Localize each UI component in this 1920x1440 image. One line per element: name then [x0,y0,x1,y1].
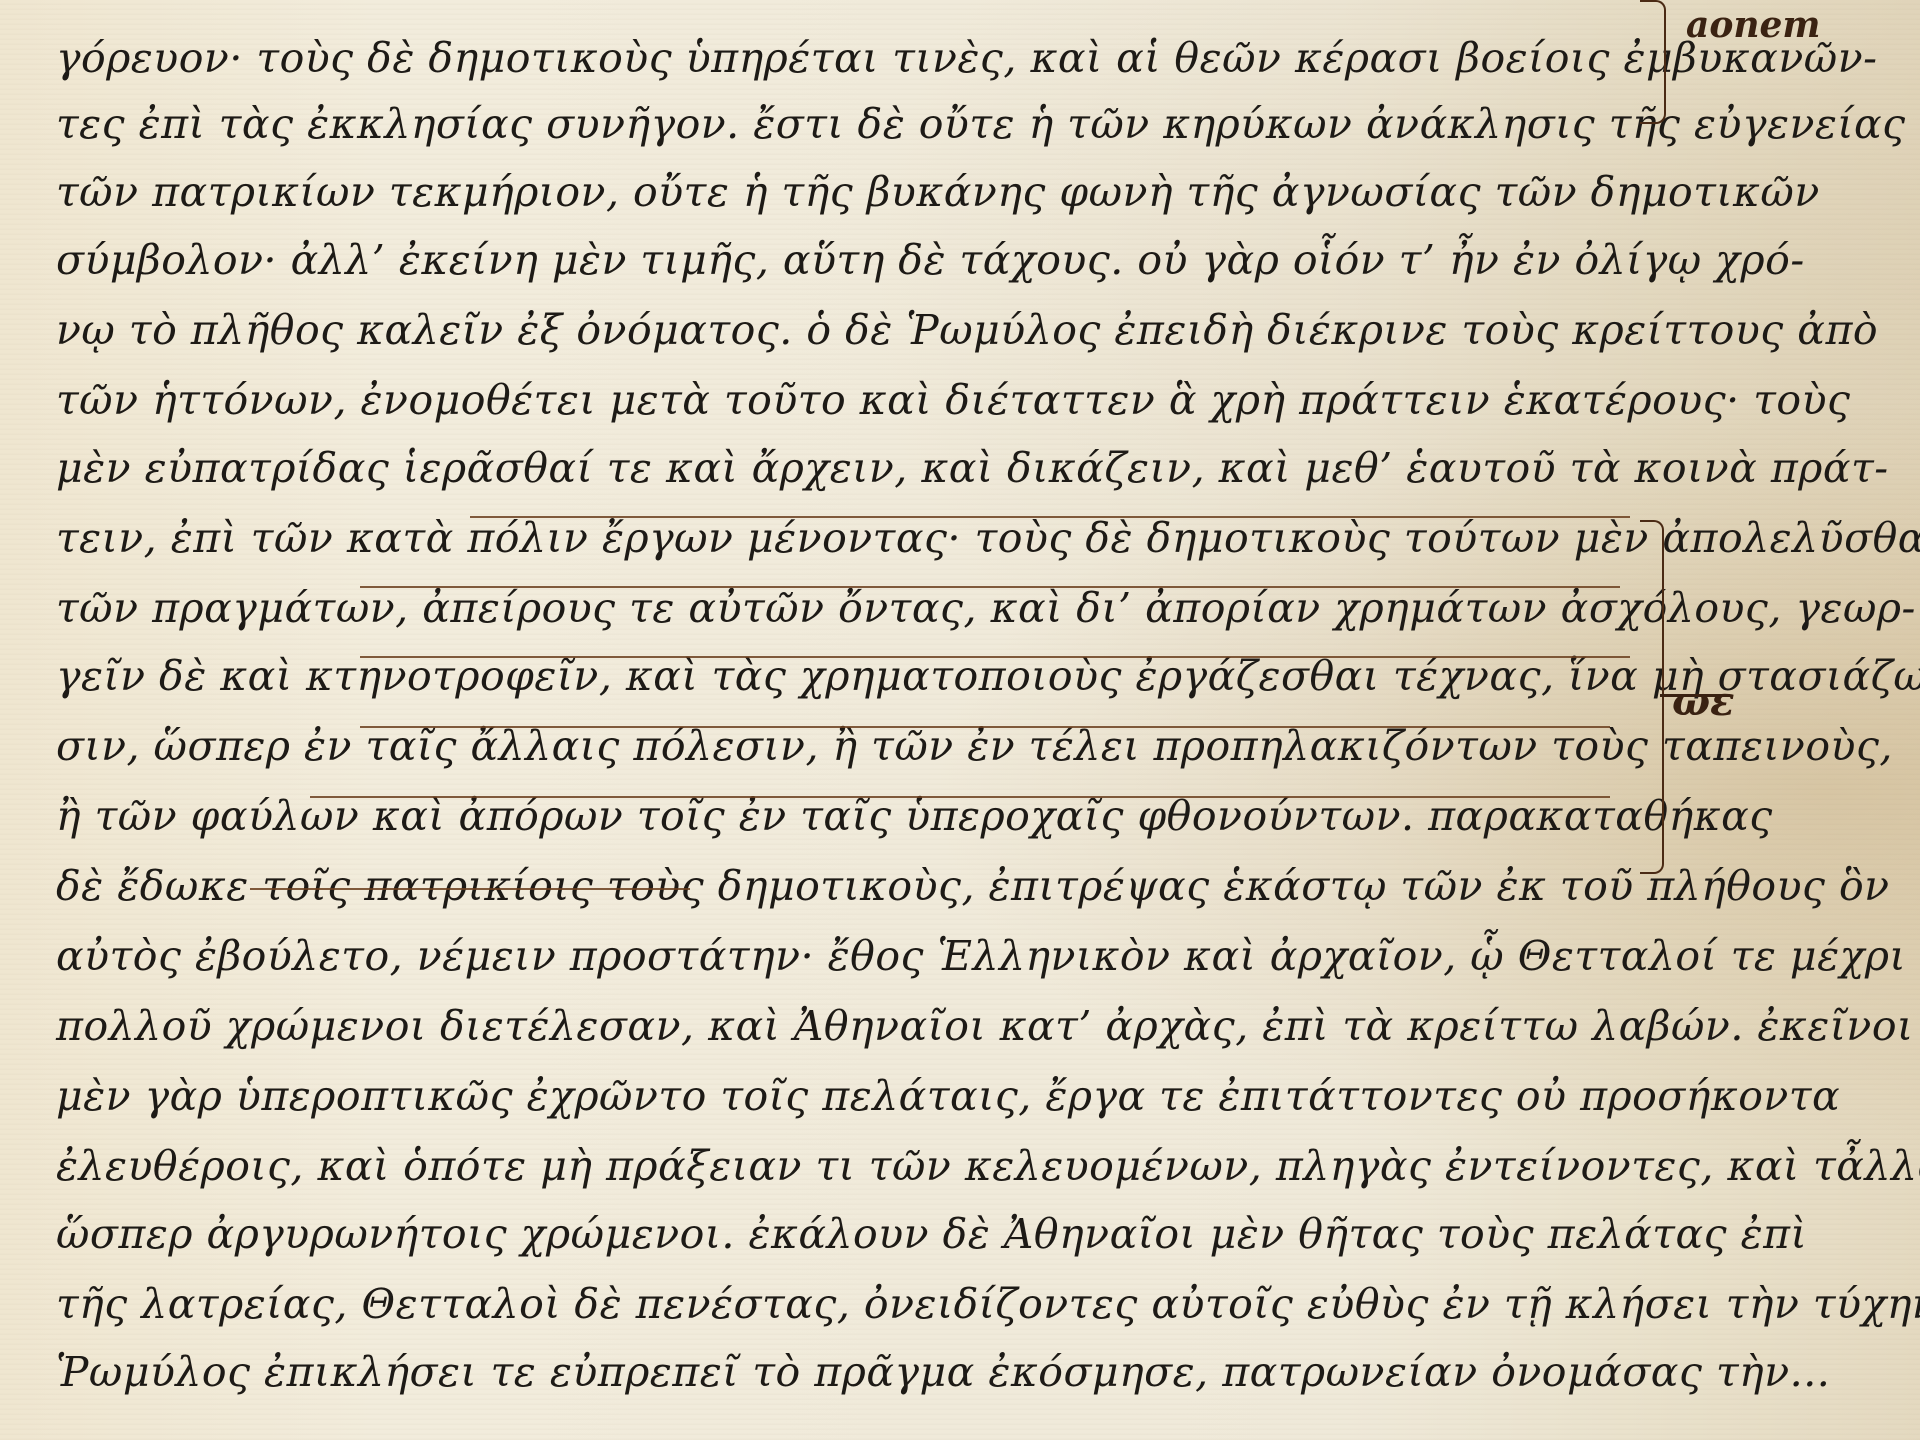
text-line-7: μὲν εὐπατρίδας ἱερᾶσθαί τε καὶ ἄρχειν, κ… [56,444,1889,508]
underline-stroke [470,516,1630,518]
margin-note-aonem: aonem [1686,4,1821,46]
text-line-19: τῆς λατρείας, Θετταλοὶ δὲ πενέστας, ὀνει… [56,1280,1920,1344]
underline-stroke [360,586,1620,588]
text-line-17: ἐλευθέροις, καὶ ὁπότε μὴ πράξειαν τι τῶν… [56,1142,1920,1206]
text-line-20: Ῥωμύλος ἐπικλήσει τε εὐπρεπεῖ τὸ πρᾶγμα … [56,1348,1830,1412]
text-line-1: γόρευον· τοὺς δὲ δημοτικοὺς ὑπηρέται τιν… [56,34,1877,98]
text-line-3: τῶν πατρικίων τεκμήριον, οὔτε ἡ τῆς βυκά… [56,168,1820,232]
underline-stroke [360,656,1630,658]
manuscript-page: γόρευον· τοὺς δὲ δημοτικοὺς ὑπηρέται τιν… [0,0,1920,1440]
text-line-6: τῶν ἡττόνων, ἐνομοθέτει μετὰ τοῦτο καὶ δ… [56,376,1850,440]
underline-stroke [250,888,690,890]
margin-note-symbol: ϖε [1672,678,1734,725]
text-line-4: σύμβολον· ἀλλ’ ἐκείνη μὲν τιμῆς, αὕτη δὲ… [56,236,1805,300]
underline-stroke [360,726,1610,728]
margin-bracket-passage [1640,520,1664,874]
text-line-13: δὲ ἔδωκε τοῖς πατρικίοις τοὺς δημοτικοὺς… [56,862,1890,926]
text-line-18: ὥσπερ ἀργυρωνήτοις χρώμενοι. ἐκάλουν δὲ … [56,1210,1807,1274]
text-line-12: ἢ τῶν φαύλων καὶ ἀπόρων τοῖς ἐν ταῖς ὑπε… [56,792,1773,856]
text-line-2: τες ἐπὶ τὰς ἐκκλησίας συνῆγον. ἔστι δὲ ο… [56,100,1906,164]
margin-bracket-top [1640,0,1666,124]
text-line-16: μὲν γὰρ ὑπεροπτικῶς ἐχρῶντο τοῖς πελάται… [56,1072,1840,1136]
text-line-9: τῶν πραγμάτων, ἀπείρους τε αὐτῶν ὄντας, … [56,584,1916,648]
text-line-14: αὐτὸς ἐβούλετο, νέμειν προστάτην· ἔθος Ἑ… [56,932,1906,996]
text-line-15: πολλοῦ χρώμενοι διετέλεσαν, καὶ Ἀθηναῖοι… [56,1002,1914,1066]
text-line-11: σιν, ὥσπερ ἐν ταῖς ἄλλαις πόλεσιν, ἢ τῶν… [56,722,1893,786]
underline-stroke [310,796,1610,798]
text-line-5: νῳ τὸ πλῆθος καλεῖν ἐξ ὀνόματος. ὁ δὲ Ῥω… [56,306,1878,370]
